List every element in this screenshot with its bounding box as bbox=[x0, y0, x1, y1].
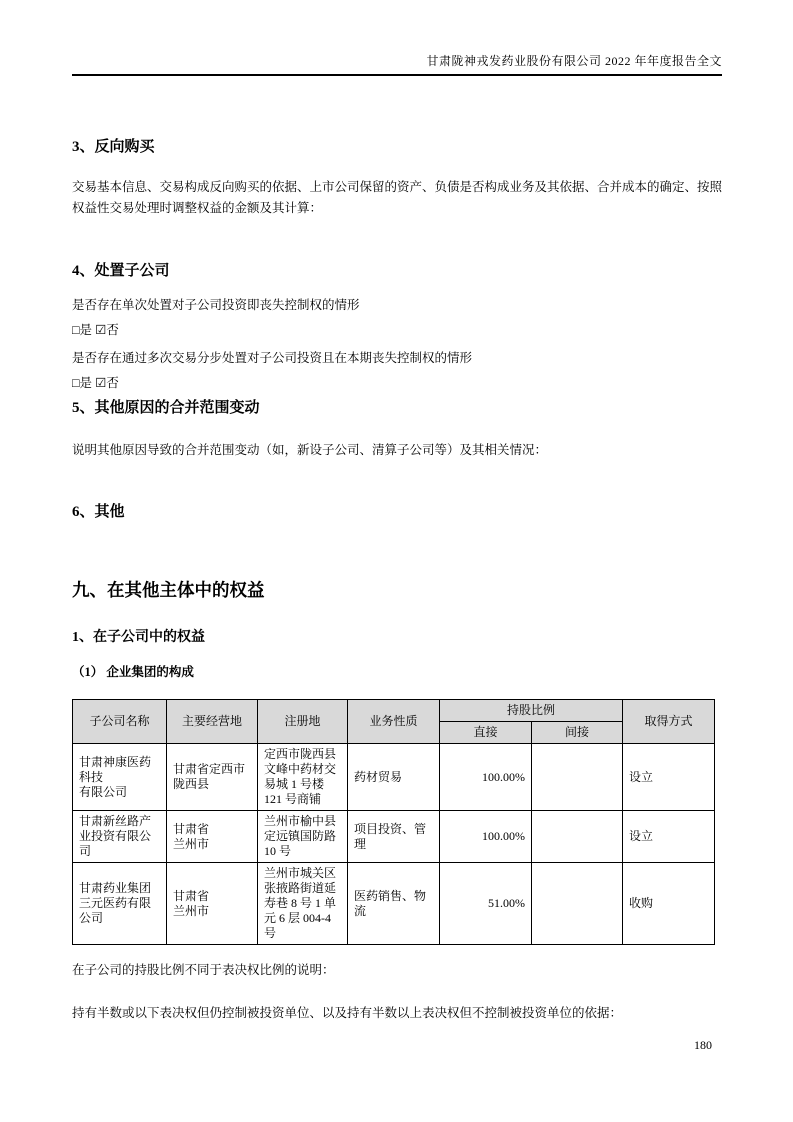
answer-stepwise-disposal-checkboxes: □是 ☑否 bbox=[72, 373, 722, 394]
table-row: 甘肃神康医药科技 有限公司 甘肃省定西市陇西县 定西市陇西县文峰中药材交易城 1… bbox=[73, 744, 715, 811]
report-header-title: 甘肃陇神戎发药业股份有限公司 2022 年年度报告全文 bbox=[426, 54, 722, 68]
cell-business-nature: 药材贸易 bbox=[348, 744, 440, 811]
col-header-registered-place: 注册地 bbox=[258, 700, 348, 744]
table-row: 甘肃药业集团三元医药有限公司 甘肃省 兰州市 兰州市城关区张掖路街道延寿巷 8 … bbox=[73, 863, 715, 945]
heading-group-composition: （1） 企业集团的构成 bbox=[72, 663, 722, 681]
col-header-direct: 直接 bbox=[440, 722, 532, 744]
cell-registered-place: 定西市陇西县文峰中药材交易城 1 号楼 121 号商铺 bbox=[258, 744, 348, 811]
col-header-subsidiary-name: 子公司名称 bbox=[73, 700, 167, 744]
cell-acquisition-method: 收购 bbox=[623, 863, 715, 945]
page-number: 180 bbox=[694, 1038, 712, 1053]
table-row: 甘肃新丝路产业投资有限公司 甘肃省 兰州市 兰州市榆中县定远镇国防路 10 号 … bbox=[73, 811, 715, 863]
cell-business-nature: 医药销售、物流 bbox=[348, 863, 440, 945]
note-control-basis: 持有半数或以下表决权但仍控制被投资单位、以及持有半数以上表决权但不控制被投资单位… bbox=[72, 1003, 722, 1024]
answer-single-disposal-checkboxes: □是 ☑否 bbox=[72, 320, 722, 341]
cell-direct-ratio: 100.00% bbox=[440, 744, 532, 811]
cell-main-place: 甘肃省 兰州市 bbox=[167, 811, 258, 863]
paragraph-other-scope-changes: 说明其他原因导致的合并范围变动（如，新设子公司、清算子公司等）及其相关情况： bbox=[72, 440, 722, 461]
cell-direct-ratio: 100.00% bbox=[440, 811, 532, 863]
cell-direct-ratio: 51.00% bbox=[440, 863, 532, 945]
report-page: 甘肃陇神戎发药业股份有限公司 2022 年年度报告全文 3、反向购买 交易基本信… bbox=[0, 0, 793, 1122]
cell-main-place: 甘肃省 兰州市 bbox=[167, 863, 258, 945]
table-header-row-1: 子公司名称 主要经营地 注册地 业务性质 持股比例 取得方式 bbox=[73, 700, 715, 722]
cell-acquisition-method: 设立 bbox=[623, 744, 715, 811]
cell-registered-place: 兰州市榆中县定远镇国防路 10 号 bbox=[258, 811, 348, 863]
col-header-indirect: 间接 bbox=[532, 722, 623, 744]
cell-indirect-ratio bbox=[532, 744, 623, 811]
col-header-business-nature: 业务性质 bbox=[348, 700, 440, 744]
report-header: 甘肃陇神戎发药业股份有限公司 2022 年年度报告全文 bbox=[72, 52, 722, 76]
heading-reverse-purchase: 3、反向购买 bbox=[72, 137, 722, 157]
heading-interests-in-other-entities: 九、在其他主体中的权益 bbox=[72, 578, 722, 602]
col-header-main-place: 主要经营地 bbox=[167, 700, 258, 744]
cell-subsidiary-name: 甘肃神康医药科技 有限公司 bbox=[73, 744, 167, 811]
question-single-disposal: 是否存在单次处置对子公司投资即丧失控制权的情形 bbox=[72, 295, 722, 316]
cell-subsidiary-name: 甘肃新丝路产业投资有限公司 bbox=[73, 811, 167, 863]
subsidiaries-table: 子公司名称 主要经营地 注册地 业务性质 持股比例 取得方式 直接 间接 甘肃神… bbox=[72, 699, 715, 945]
cell-indirect-ratio bbox=[532, 811, 623, 863]
cell-registered-place: 兰州市城关区张掖路街道延寿巷 8 号 1 单元 6 层 004-4 号 bbox=[258, 863, 348, 945]
col-header-shareholding-ratio: 持股比例 bbox=[440, 700, 623, 722]
note-voting-ratio-difference: 在子公司的持股比例不同于表决权比例的说明： bbox=[72, 960, 722, 981]
cell-subsidiary-name: 甘肃药业集团三元医药有限公司 bbox=[73, 863, 167, 945]
heading-other-scope-changes: 5、其他原因的合并范围变动 bbox=[72, 398, 722, 418]
paragraph-reverse-purchase: 交易基本信息、交易构成反向购买的依据、上市公司保留的资产、负债是否构成业务及其依… bbox=[72, 177, 722, 219]
cell-main-place: 甘肃省定西市陇西县 bbox=[167, 744, 258, 811]
col-header-acquisition-method: 取得方式 bbox=[623, 700, 715, 744]
heading-disposal-of-subsidiaries: 4、处置子公司 bbox=[72, 261, 722, 281]
heading-interests-in-subsidiaries: 1、在子公司中的权益 bbox=[72, 628, 722, 648]
cell-business-nature: 项目投资、管理 bbox=[348, 811, 440, 863]
question-stepwise-disposal: 是否存在通过多次交易分步处置对子公司投资且在本期丧失控制权的情形 bbox=[72, 348, 722, 369]
heading-other: 6、其他 bbox=[72, 502, 722, 522]
cell-indirect-ratio bbox=[532, 863, 623, 945]
cell-acquisition-method: 设立 bbox=[623, 811, 715, 863]
